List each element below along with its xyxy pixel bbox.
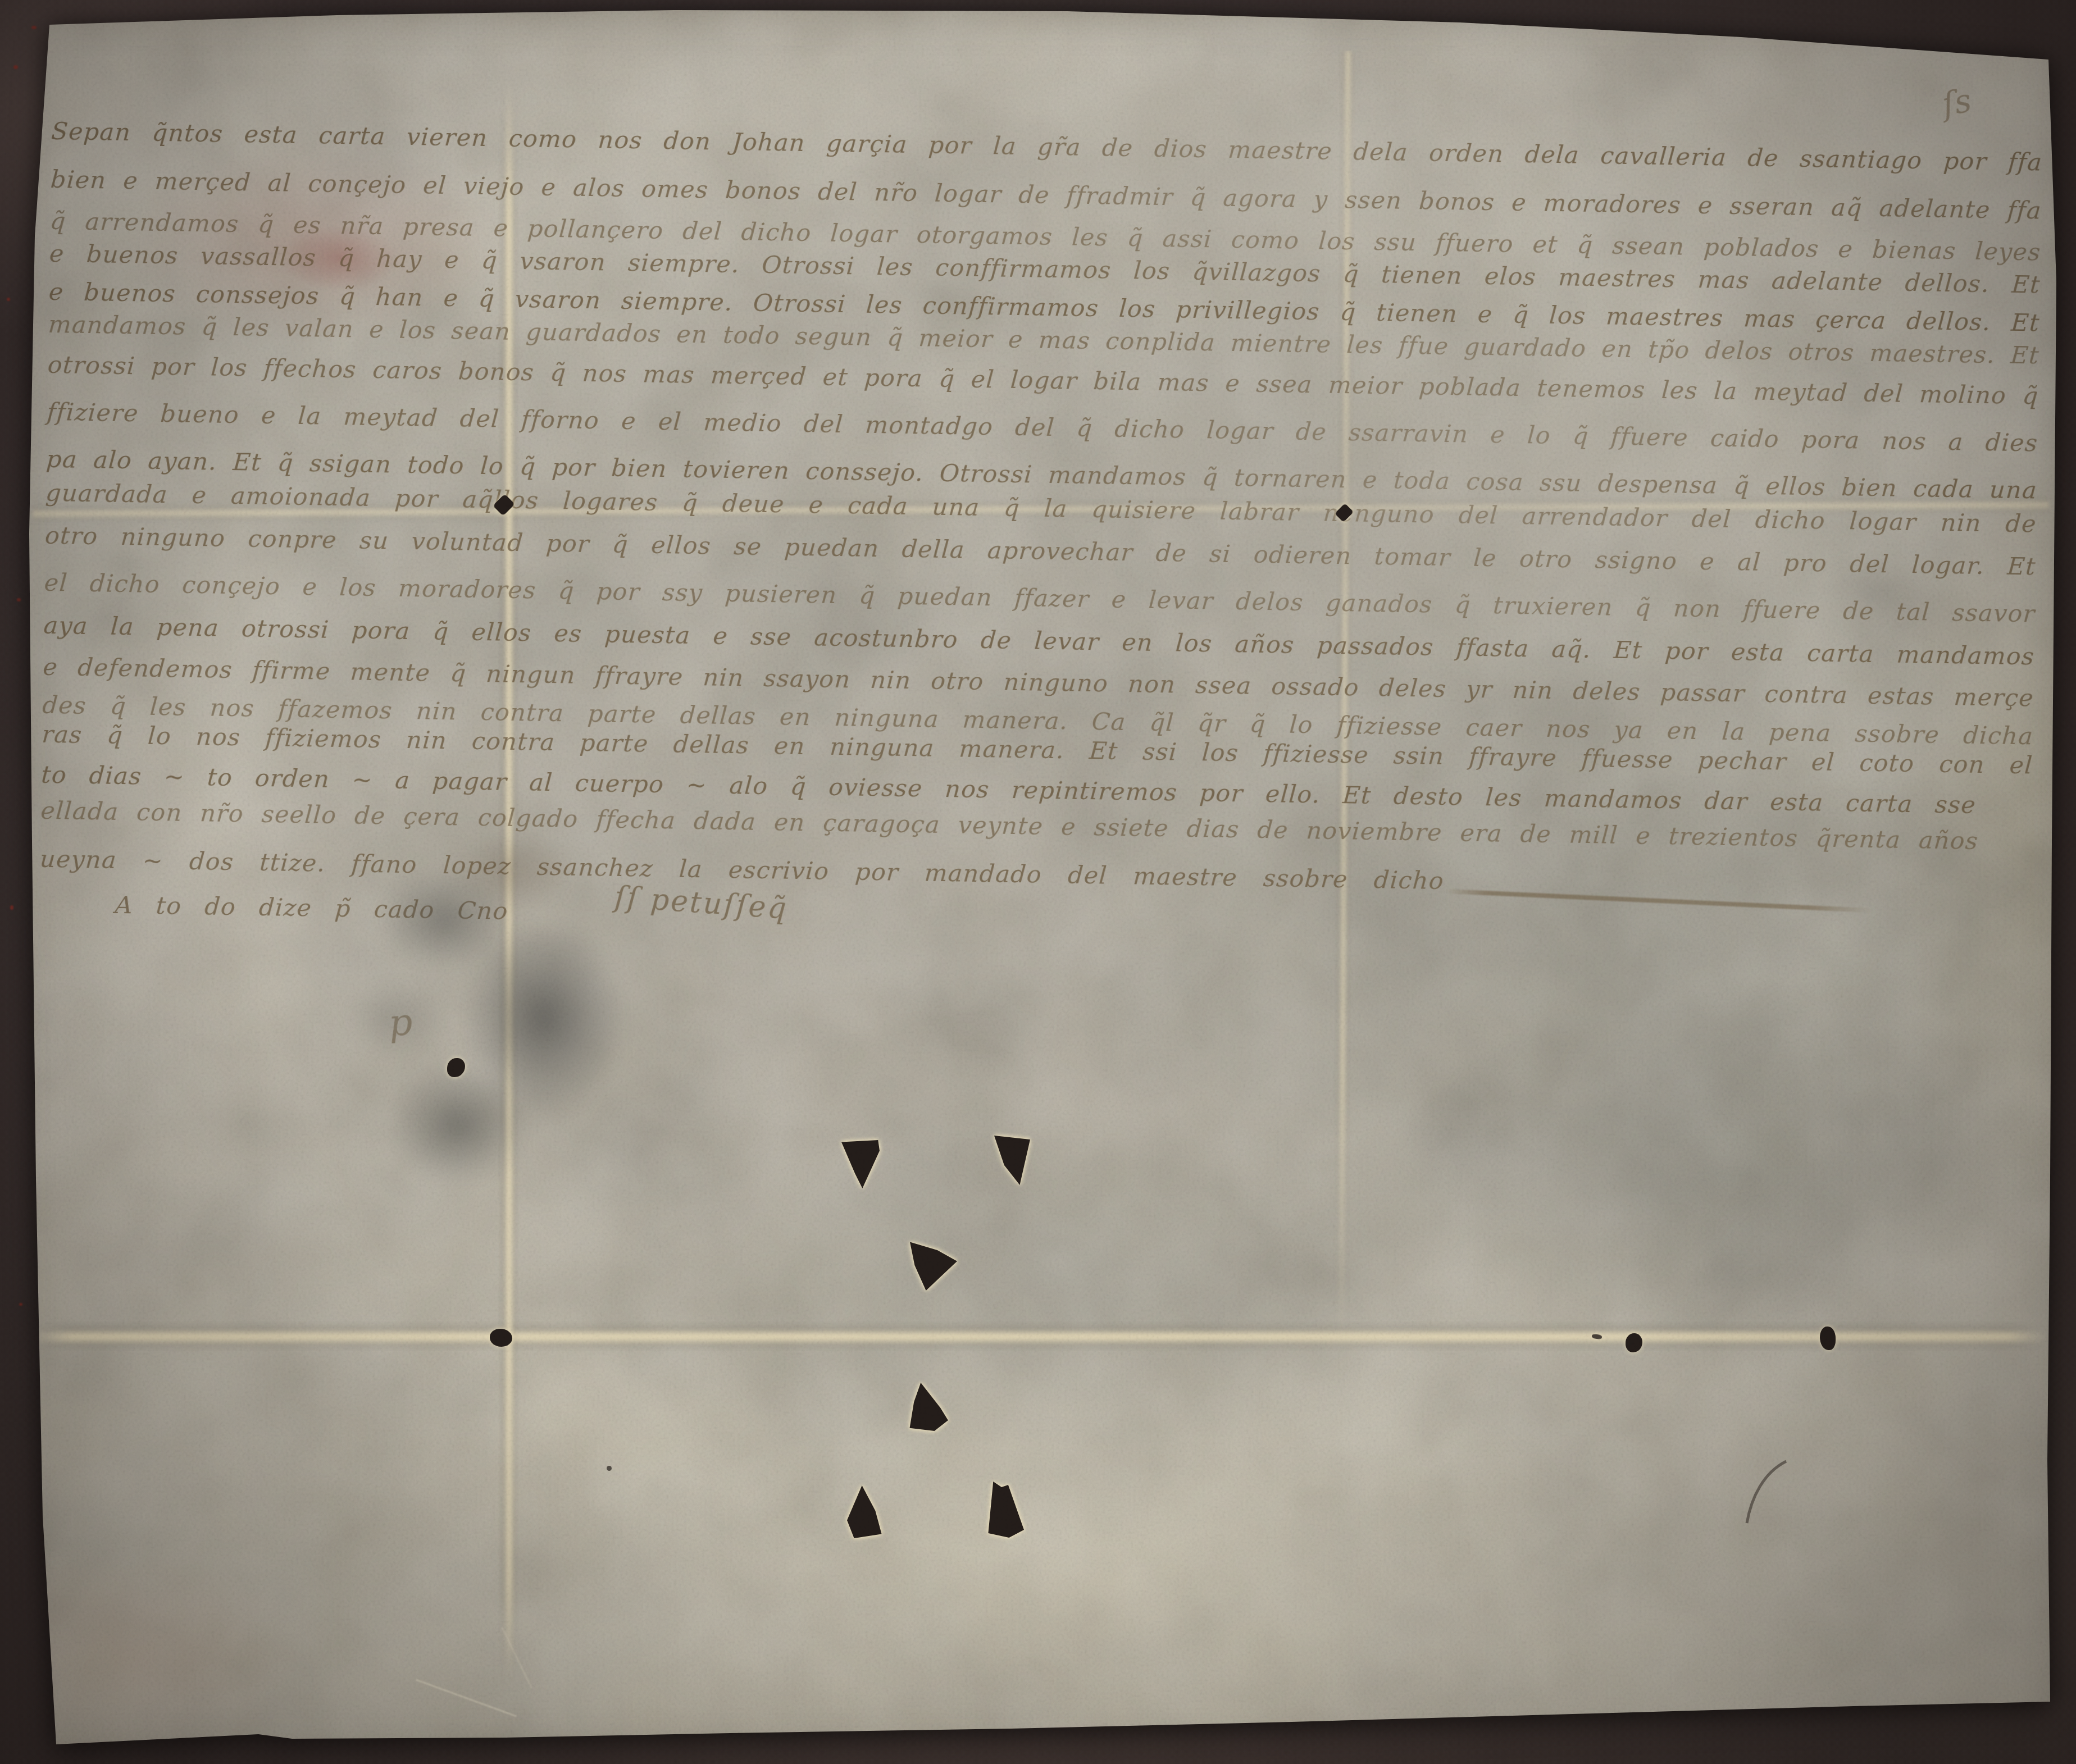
parchment-surface: Sepan q̃ntos esta carta vieren como nos … xyxy=(0,0,2076,1764)
photograph-background: Sepan q̃ntos esta carta vieren como nos … xyxy=(0,0,2076,1764)
parchment-edge-shading xyxy=(0,0,2076,1764)
parchment-sheet: Sepan q̃ntos esta carta vieren como nos … xyxy=(0,0,2076,1764)
